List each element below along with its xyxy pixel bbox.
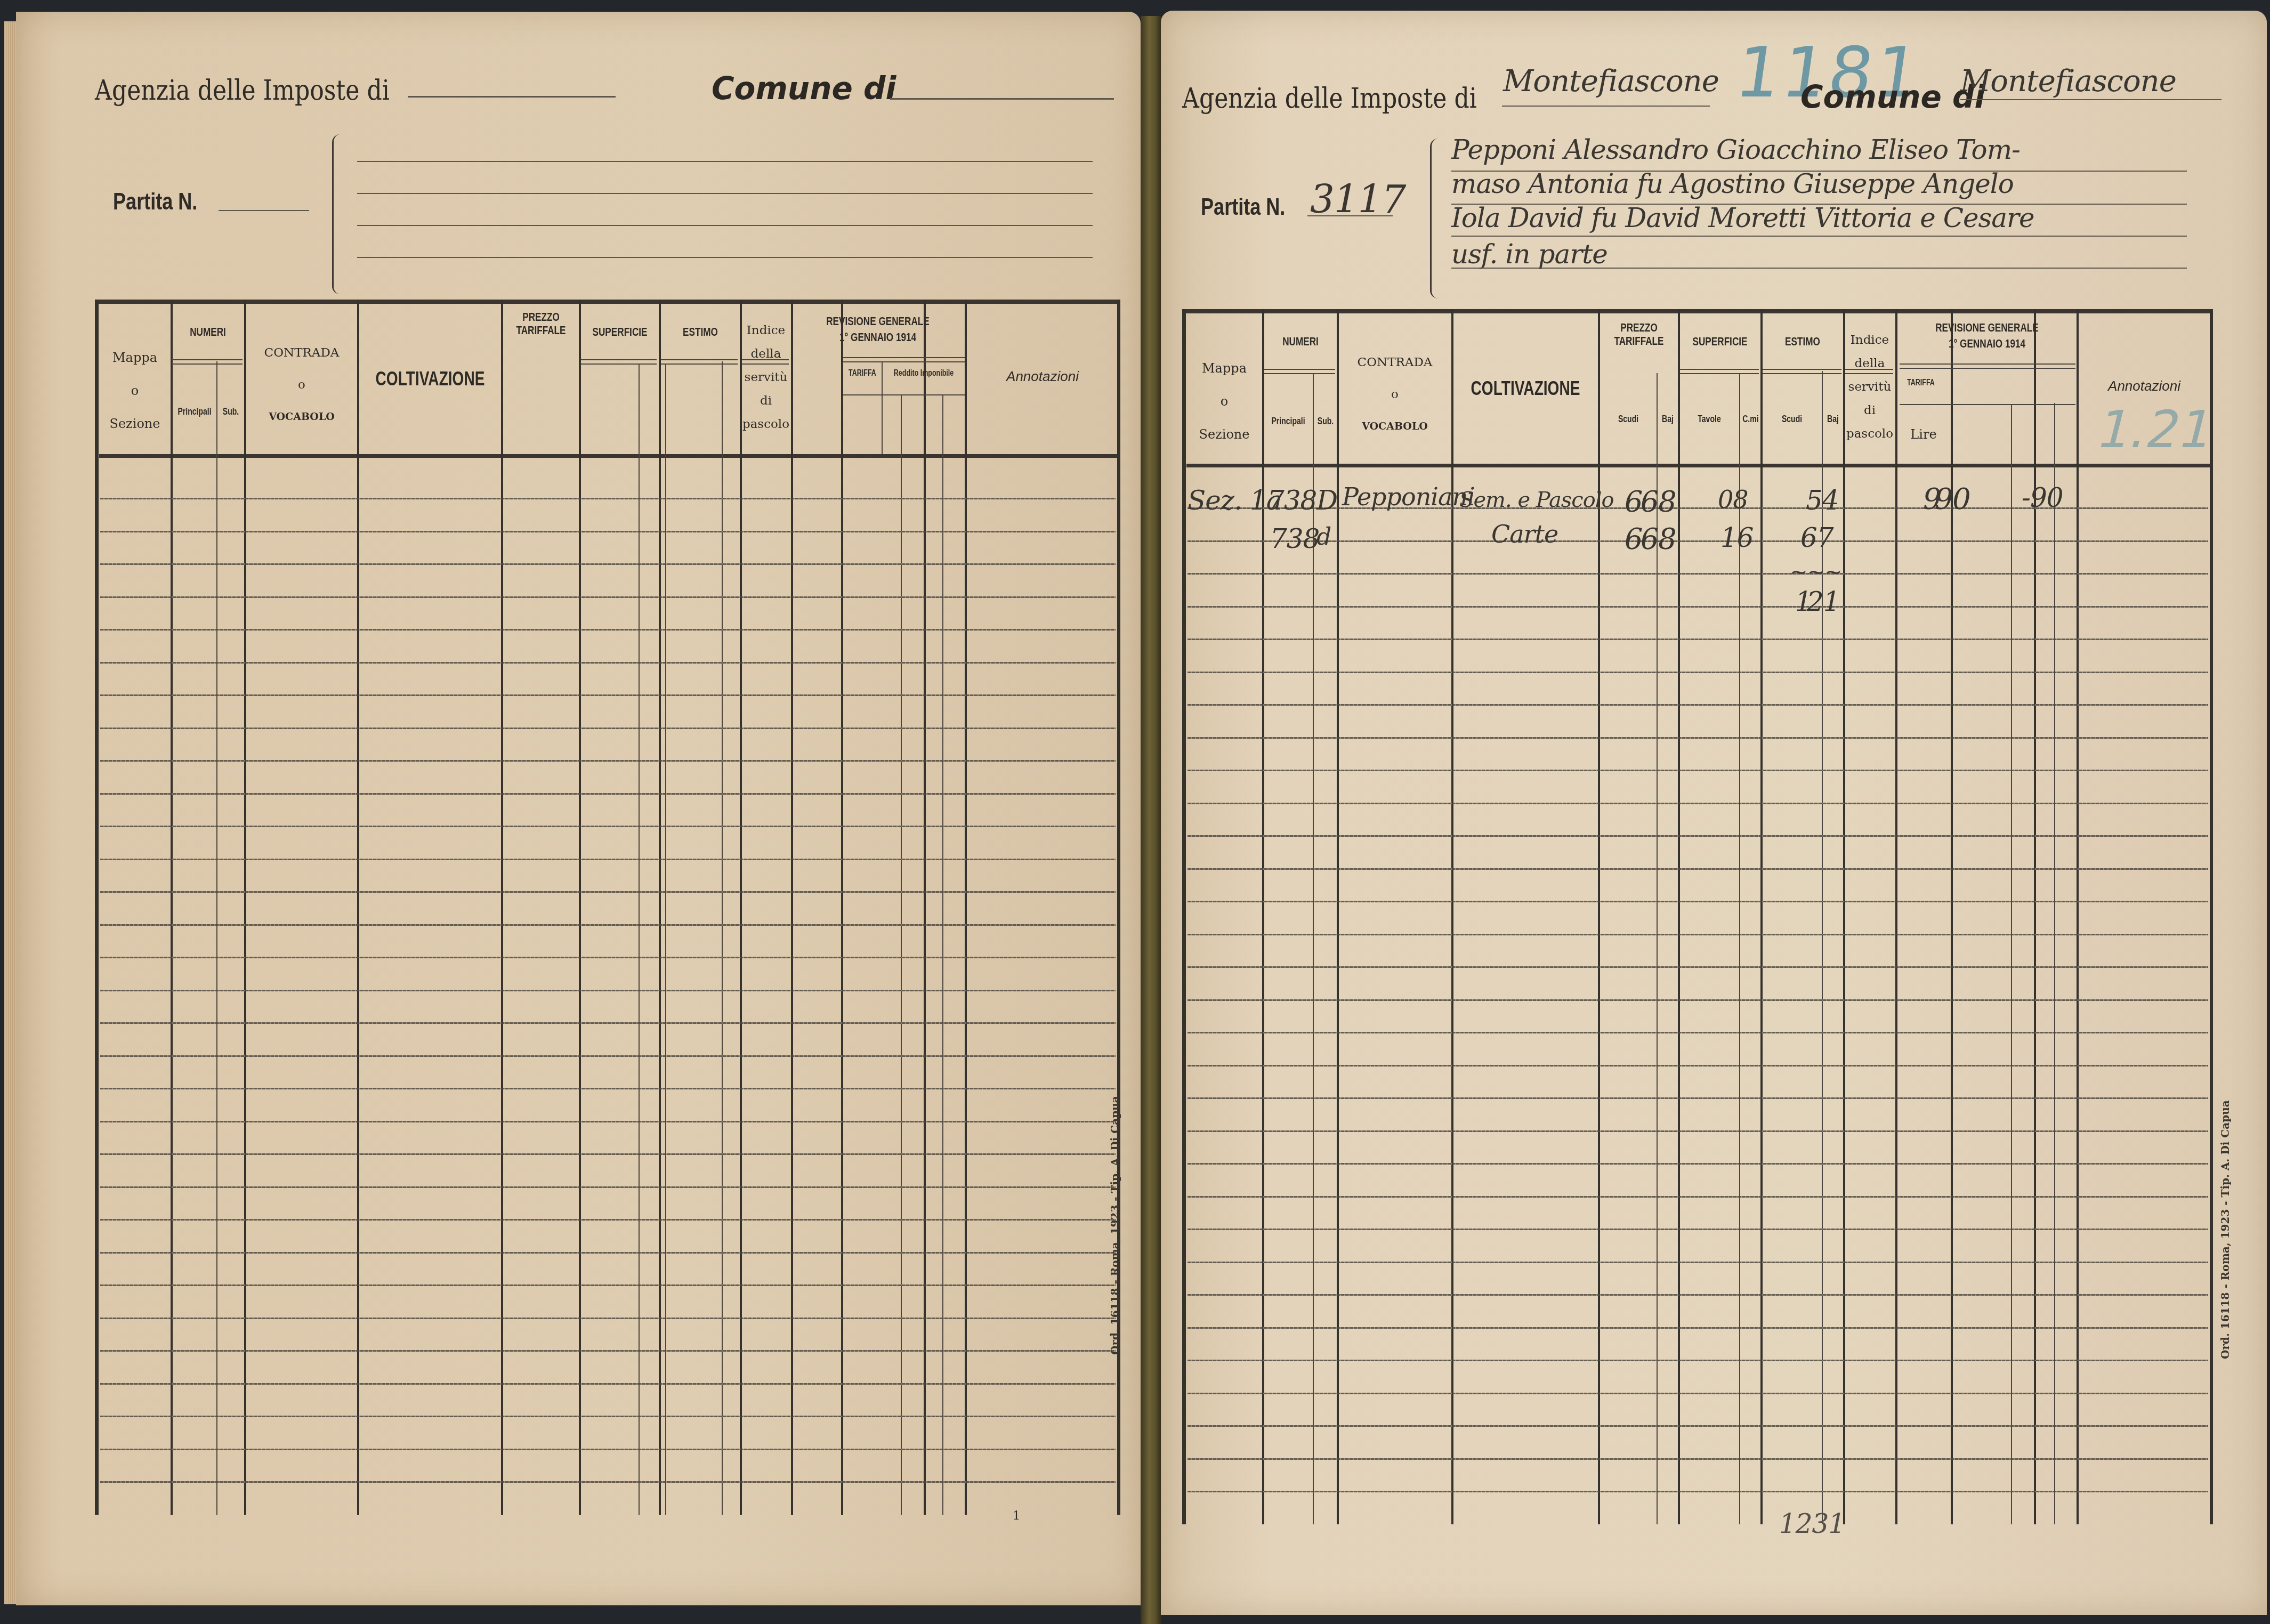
hdr-contrada: CONTRADA [246, 337, 357, 369]
row-guideline [1187, 966, 2208, 968]
hdr-contrada-o: o [1339, 378, 1451, 410]
cell-sub-1: D [1316, 485, 1337, 516]
row-guideline [1187, 704, 2208, 706]
row-guideline [100, 1186, 1116, 1188]
hdr-prezzo-scudi: Scudi [1606, 414, 1651, 425]
owner-line-1 [357, 161, 1093, 162]
row-guideline [1187, 803, 2208, 804]
row-guideline [1187, 1458, 2208, 1460]
hdr-contrada: CONTRADA [1339, 346, 1451, 378]
hdr-numeri: NUMERI [1272, 335, 1329, 348]
hdr-prezzo-baj: Baj [1660, 414, 1676, 425]
row-guideline [100, 1318, 1116, 1319]
row-guideline [100, 1022, 1116, 1024]
row-guideline [100, 629, 1116, 631]
row-guideline [1187, 1327, 2208, 1329]
cell-prezzo-scudi-1: 6 [1625, 485, 1642, 519]
row-guideline [1187, 770, 2208, 771]
row-guideline [1187, 1065, 2208, 1066]
hdr-estimo: ESTIMO [669, 325, 731, 338]
owner-line-3: Iola David fu David Moretti Vittoria e C… [1451, 203, 2034, 233]
hdr-principali: Principali [1270, 416, 1307, 427]
row-guideline [1187, 573, 2208, 575]
ledger-table-right: Mappa o Sezione NUMERI Principali Sub. C… [1182, 309, 2227, 1535]
cell-sup-cmi-2: 16 [1720, 522, 1754, 553]
cell-prezzo-baj-1: 68 [1641, 485, 1676, 519]
hdr-indice-della: della [741, 342, 791, 366]
hdr-annotazioni: Annotazioni [2079, 378, 2210, 394]
row-guideline [100, 1383, 1116, 1385]
hdr-principali: Principali [177, 406, 212, 417]
hdr-indice-di: di [1844, 399, 1895, 422]
hdr-estimo-baj: Baj [1825, 414, 1841, 425]
row-guideline [100, 1153, 1116, 1155]
row-guideline [100, 1481, 1116, 1483]
cell-estimo-baj-4: 21 [1807, 586, 1840, 617]
owner-line-4 [357, 257, 1093, 258]
row-guideline [100, 728, 1116, 729]
hdr-sub: Sub. [221, 406, 241, 417]
hdr-numeri: NUMERI [181, 325, 236, 338]
row-guideline [100, 826, 1116, 827]
owner-line-4: usf. in parte [1451, 239, 1607, 270]
row-guideline [1187, 1491, 2208, 1492]
row-guideline [100, 1121, 1116, 1122]
row-guideline [100, 563, 1116, 565]
row-guideline [1187, 639, 2208, 640]
row-guideline [1187, 1393, 2208, 1394]
cell-reddito-c-1: -90 [2022, 482, 2063, 513]
hdr-mappa-o: o [99, 374, 171, 407]
ledger-table-left: Mappa o Sezione NUMERI Principali Sub. C… [95, 300, 1124, 1525]
hdr-indice-servitu: servitù [1844, 375, 1895, 399]
row-guideline [1187, 1425, 2208, 1427]
cell-estimo-baj-2: 67 [1800, 522, 1833, 553]
comune-label: Comune di [1800, 79, 1985, 115]
row-guideline [1187, 1032, 2208, 1033]
hdr-prezzo: PREZZO [512, 310, 571, 324]
row-guideline [100, 1219, 1116, 1221]
hdr-estimo: ESTIMO [1772, 335, 1834, 348]
hdr-reddito: Reddito Imponibile [892, 369, 956, 378]
hdr-contrada-o: o [246, 369, 357, 401]
hdr-tariffale: TARIFFALE [512, 324, 571, 337]
row-guideline [1187, 1097, 2208, 1099]
row-guideline [100, 1252, 1116, 1254]
row-guideline [1187, 868, 2208, 870]
annotation-blue: 1.21 [2091, 400, 2220, 459]
row-guideline [1187, 901, 2208, 902]
cell-coltivazione-2: Carte [1491, 520, 1558, 548]
row-guideline [100, 793, 1116, 795]
row-guideline [1187, 934, 2208, 935]
agenzia-value: Montefiascone [1503, 64, 1719, 99]
row-guideline [1187, 1262, 2208, 1263]
agenzia-field [1502, 106, 1710, 107]
row-guideline [100, 1350, 1116, 1352]
owner-line-2 [357, 193, 1093, 194]
row-guideline [100, 957, 1116, 958]
cell-sup-cmi-1: 08 [1718, 485, 1748, 514]
hdr-mappa-sezione: Sezione [99, 407, 171, 440]
row-guideline [1187, 540, 2208, 542]
hdr-tavole: Tavole [1686, 414, 1732, 425]
cell-sub-2: d [1316, 523, 1331, 551]
hdr-tariffa-lire: Lire [1900, 427, 1948, 442]
printer-imprint: Ord. 16118 - Roma, 1923 - Tip. A. Di Cap… [2219, 1100, 2232, 1359]
hdr-coltivazione: COLTIVAZIONE [1469, 377, 1582, 399]
row-guideline [100, 990, 1116, 991]
hdr-revisione: REVISIONE GENERALE [810, 313, 946, 329]
hdr-indice-pascolo: pascolo [741, 413, 791, 436]
page-number: 1 [1013, 1509, 1020, 1523]
printer-imprint: Ord. 16118 - Roma, 1923 - Tip. A. Di Cap… [1109, 1096, 1121, 1355]
hdr-annotazioni: Annotazioni [968, 369, 1117, 385]
cell-estimo-baj-1: 54 [1806, 485, 1839, 516]
row-guideline [100, 1088, 1116, 1089]
hdr-revisione: REVISIONE GENERALE [1917, 320, 2057, 336]
row-guideline [1187, 1130, 2208, 1132]
hdr-superficie: SUPERFICIE [1689, 335, 1751, 348]
agenzia-label: Agenzia delle Imposte di [95, 75, 390, 107]
comune-label: Comune di [712, 70, 896, 107]
row-guideline [100, 1416, 1116, 1417]
hdr-indice-servitu: servitù [741, 366, 791, 389]
hdr-estimo-scudi: Scudi [1769, 414, 1815, 425]
hdr-mappa: Mappa [99, 341, 171, 374]
hdr-sub: Sub. [1316, 416, 1335, 427]
owner-line-3 [357, 225, 1093, 226]
cell-contrada-1: Pepponiani [1342, 482, 1475, 511]
row-guideline [1187, 1196, 2208, 1198]
comune-value: Montefiascone [1960, 64, 2176, 99]
right-page: Agenzia delle Imposte di Montefiascone 1… [1161, 11, 2267, 1615]
row-guideline [100, 1449, 1116, 1450]
hdr-vocabolo: VOCABOLO [1339, 410, 1451, 442]
row-guideline [1187, 999, 2208, 1001]
hdr-indice: Indice [741, 319, 791, 342]
cell-prezzo-scudi-2: 6 [1625, 522, 1642, 556]
agenzia-field [408, 96, 616, 98]
hdr-mappa: Mappa [1186, 352, 1262, 385]
row-guideline [100, 694, 1116, 696]
row-guideline [1187, 1360, 2208, 1361]
row-guideline [100, 859, 1116, 860]
hdr-coltivazione: COLTIVAZIONE [375, 368, 485, 390]
hdr-indice-della: della [1844, 352, 1895, 375]
partita-field [219, 210, 309, 211]
hdr-indice-di: di [741, 389, 791, 413]
hdr-prezzo: PREZZO [1609, 321, 1669, 334]
row-guideline [100, 662, 1116, 664]
hdr-tariffale: TARIFFALE [1609, 334, 1669, 348]
cell-principali-2: 738 [1270, 523, 1319, 554]
partita-label: Partita N. [1201, 194, 1285, 221]
hdr-revisione-date: 1° GENNAIO 1914 [1917, 336, 2057, 352]
owner-brace [1430, 139, 1438, 298]
owner-line-1: Pepponi Alessandro Gioacchino Eliseo Tom… [1451, 134, 2020, 165]
cell-tariffa-c-1: 90 [1935, 482, 1970, 516]
hdr-tariffa: TARIFFA [1904, 378, 1937, 388]
partita-field [1307, 215, 1393, 216]
row-guideline [100, 760, 1116, 762]
row-guideline [100, 924, 1116, 926]
row-guideline [1187, 1229, 2208, 1230]
cell-principali-1: 738 [1267, 485, 1316, 516]
row-guideline [1187, 672, 2208, 673]
comune-field [1960, 99, 2221, 100]
row-guideline [100, 891, 1116, 893]
owner-line-2: maso Antonia fu Agostino Giuseppe Angelo [1451, 168, 2014, 199]
agenzia-label: Agenzia delle Imposte di [1182, 83, 1477, 115]
book-spine-gutter [1141, 16, 1162, 1624]
cell-prezzo-baj-2: 68 [1641, 522, 1676, 556]
hdr-superficie: SUPERFICIE [589, 325, 650, 338]
hdr-indice-pascolo: pascolo [1844, 422, 1895, 446]
sum-line: ~~~ [1790, 560, 1842, 584]
left-page: Agenzia delle Imposte di Comune di Parti… [16, 12, 1141, 1605]
hdr-tariffa: TARIFFA [847, 369, 877, 378]
hdr-revisione-date: 1° GENNAIO 1914 [810, 329, 946, 345]
hdr-vocabolo: VOCABOLO [246, 401, 357, 433]
row-guideline [100, 596, 1116, 598]
cell-coltivazione-1: Sem. e Pascolo [1459, 488, 1614, 512]
hdr-indice: Indice [1844, 328, 1895, 352]
row-guideline [1187, 1294, 2208, 1296]
partita-label: Partita N. [113, 189, 197, 215]
hdr-cmi: C.mi [1742, 414, 1758, 425]
hdr-mappa-o: o [1186, 385, 1262, 418]
row-guideline [100, 531, 1116, 532]
row-guideline [100, 498, 1116, 499]
row-guideline [100, 1055, 1116, 1057]
row-guideline [1187, 606, 2208, 608]
row-guideline [1187, 835, 2208, 837]
comune-field [890, 98, 1114, 100]
owner-brace [332, 134, 340, 294]
row-guideline [1187, 737, 2208, 739]
hdr-mappa-sezione: Sezione [1186, 418, 1262, 451]
bottom-total: 1231 [1779, 1508, 1845, 1539]
row-guideline [100, 1284, 1116, 1286]
row-guideline [1187, 1163, 2208, 1165]
